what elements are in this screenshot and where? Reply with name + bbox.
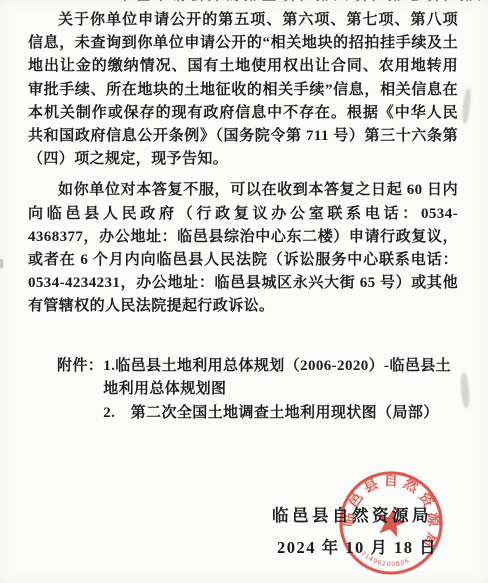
paragraph-legal-remedies: 如你单位对本答复不服，可以在收到本答复之日起 60 日内向临邑县人民政府（行政复… <box>28 179 458 318</box>
issuing-agency: 临邑县自然资源局 <box>272 502 432 526</box>
issue-date: 2024 年 10 月 18 日 <box>272 534 442 558</box>
clipped-text-artifact: 单位申请公开的第五项、第六项、第七项、第八 <box>118 0 488 5</box>
clipped-text: 单位申请公开的第五项、第六项、第七项、第八 <box>118 0 488 4</box>
attachments-list: 1.临邑县土地利用总体规划（2006-2020）-临邑县土地利用总体规划图 2.… <box>103 355 458 426</box>
document-body: 关于你单位申请公开的第五项、第六项、第七项、第八项信息，未查询到你单位申请公开的… <box>28 9 458 425</box>
scan-artifact <box>0 259 3 268</box>
attachments-row: 附件： 1.临邑县土地利用总体规划（2006-2020）-临邑县土地利用总体规划… <box>57 355 458 426</box>
attachment-item-2: 2. 第二次全国土地调查土地利用现状图（局部） <box>103 402 458 425</box>
document-page: 单位申请公开的第五项、第六项、第七项、第八 关于你单位申请公开的第五项、第六项、… <box>0 0 488 583</box>
attachments-block: 附件： 1.临邑县土地利用总体规划（2006-2020）-临邑县土地利用总体规划… <box>28 355 458 426</box>
paragraph-disclosure-response: 关于你单位申请公开的第五项、第六项、第七项、第八项信息，未查询到你单位申请公开的… <box>28 9 458 171</box>
scan-artifact <box>459 372 471 409</box>
attachment-item-1: 1.临邑县土地利用总体规划（2006-2020）-临邑县土地利用总体规划图 <box>103 355 458 401</box>
signature-block: 临邑县自然资源局 2024 年 10 月 18 日 <box>272 502 442 558</box>
attachments-label: 附件： <box>57 355 103 426</box>
scan-artifact <box>461 88 471 124</box>
